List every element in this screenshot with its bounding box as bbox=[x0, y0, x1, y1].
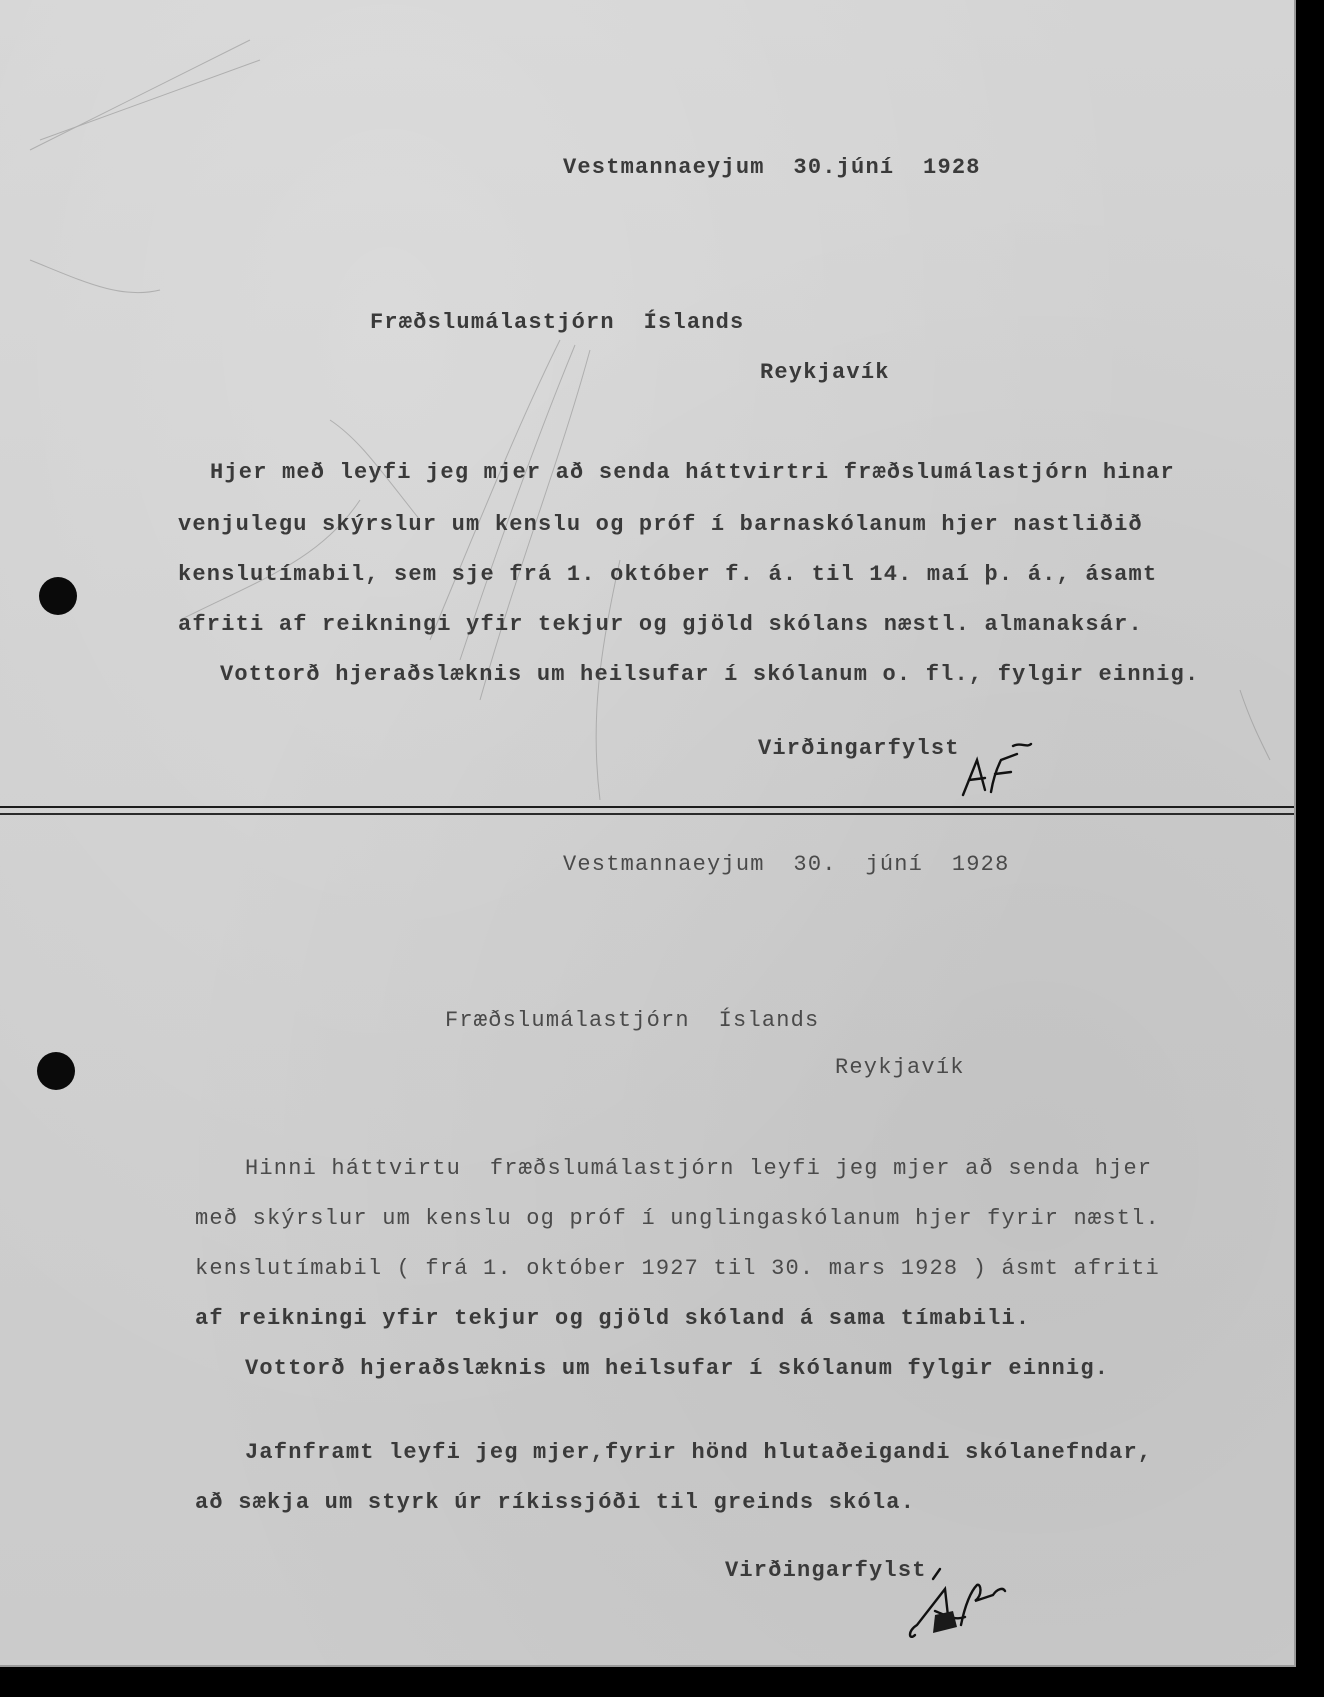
letter2-body2-line: að sækja um styrk úr ríkissjóði til grei… bbox=[195, 1490, 915, 1515]
letter1-body-line: Vottorð hjeraðslæknis um heilsufar í skó… bbox=[220, 662, 1199, 687]
letter1-place-date: Vestmannaeyjum 30.júní 1928 bbox=[563, 155, 981, 180]
letter1-addressee: Fræðslumálastjórn Íslands bbox=[370, 310, 744, 335]
letter2-addressee: Fræðslumálastjórn Íslands bbox=[445, 1008, 819, 1033]
scanned-page: Vestmannaeyjum 30.júní 1928 Fræðslumálas… bbox=[0, 0, 1296, 1667]
letter1-signature-icon bbox=[955, 740, 1035, 800]
letter2-closing: Virðingarfylst bbox=[725, 1558, 927, 1583]
letter2-body-line: með skýrslur um kenslu og próf í ungling… bbox=[195, 1206, 1160, 1231]
letter2-body-line: af reikningi yfir tekjur og gjöld skólan… bbox=[195, 1306, 1030, 1331]
letter1-body-line: afriti af reikningi yfir tekjur og gjöld… bbox=[178, 612, 1143, 637]
letter1-city: Reykjavík bbox=[760, 360, 890, 385]
letter2-body-line: Hinni háttvirtu fræðslumálastjórn leyfi … bbox=[245, 1156, 1152, 1181]
letter1-body-line: venjulegu skýrslur um kenslu og próf í b… bbox=[178, 512, 1143, 537]
letter1-body-line: Hjer með leyfi jeg mjer að senda háttvir… bbox=[210, 460, 1175, 485]
letter1-closing: Virðingarfylst bbox=[758, 736, 960, 761]
punch-hole bbox=[37, 1052, 75, 1090]
page-divider bbox=[0, 806, 1294, 815]
letter2-place-date: Vestmannaeyjum 30. júní 1928 bbox=[563, 852, 1009, 877]
letter1-body-line: kenslutímabil, sem sje frá 1. október f.… bbox=[178, 562, 1157, 587]
letter2-city: Reykjavík bbox=[835, 1055, 965, 1080]
punch-hole bbox=[39, 577, 77, 615]
letter2-body-line: kenslutímabil ( frá 1. október 1927 til … bbox=[195, 1256, 1160, 1281]
letter2-signature-icon bbox=[905, 1565, 1015, 1645]
letter2-body-line: Vottorð hjeraðslæknis um heilsufar í skó… bbox=[245, 1356, 1109, 1381]
letter2-body2-line: Jafnframt leyfi jeg mjer,fyrir hönd hlut… bbox=[245, 1440, 1152, 1465]
